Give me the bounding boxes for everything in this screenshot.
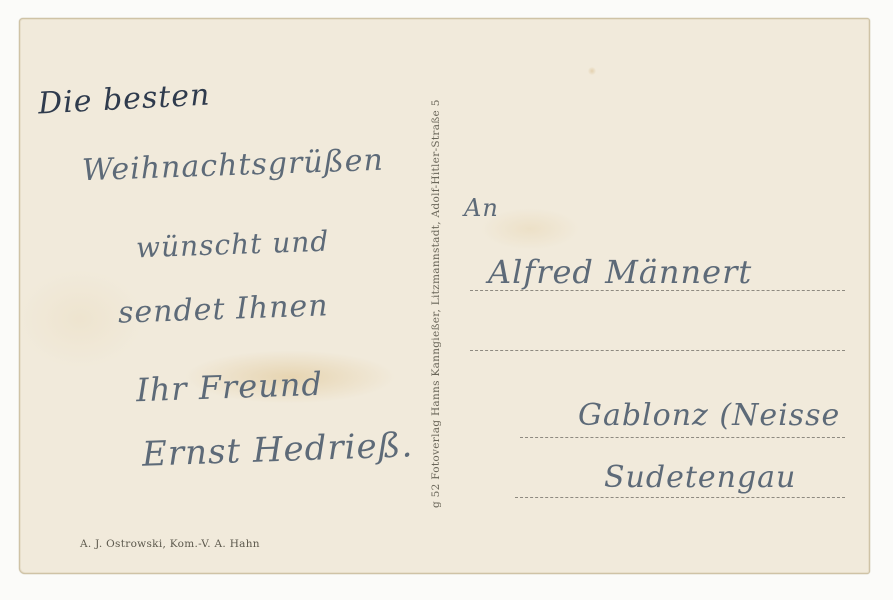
- address-dotted-line-3: [520, 437, 845, 438]
- publisher-credit: A. J. Ostrowski, Kom.-V. A. Hahn: [80, 538, 260, 550]
- address-line-1: Alfred Männert: [488, 253, 752, 291]
- address-line-4: Sudetengau: [604, 460, 796, 495]
- address-dotted-line-2: [470, 350, 845, 351]
- message-line-5: Ihr Freund: [135, 365, 323, 409]
- message-line-3: wünscht und: [135, 225, 329, 265]
- address-line-3: Gablonz (Neisse: [578, 398, 840, 433]
- publisher-imprint-vertical: g 52 Fotoverlag Hanns Kanngießer, Litzma…: [430, 99, 442, 508]
- address-dotted-line-1: [470, 290, 845, 291]
- message-line-4: sendet Ihnen: [117, 288, 329, 330]
- address-dotted-line-4: [515, 497, 845, 498]
- address-prefix: An: [464, 194, 499, 222]
